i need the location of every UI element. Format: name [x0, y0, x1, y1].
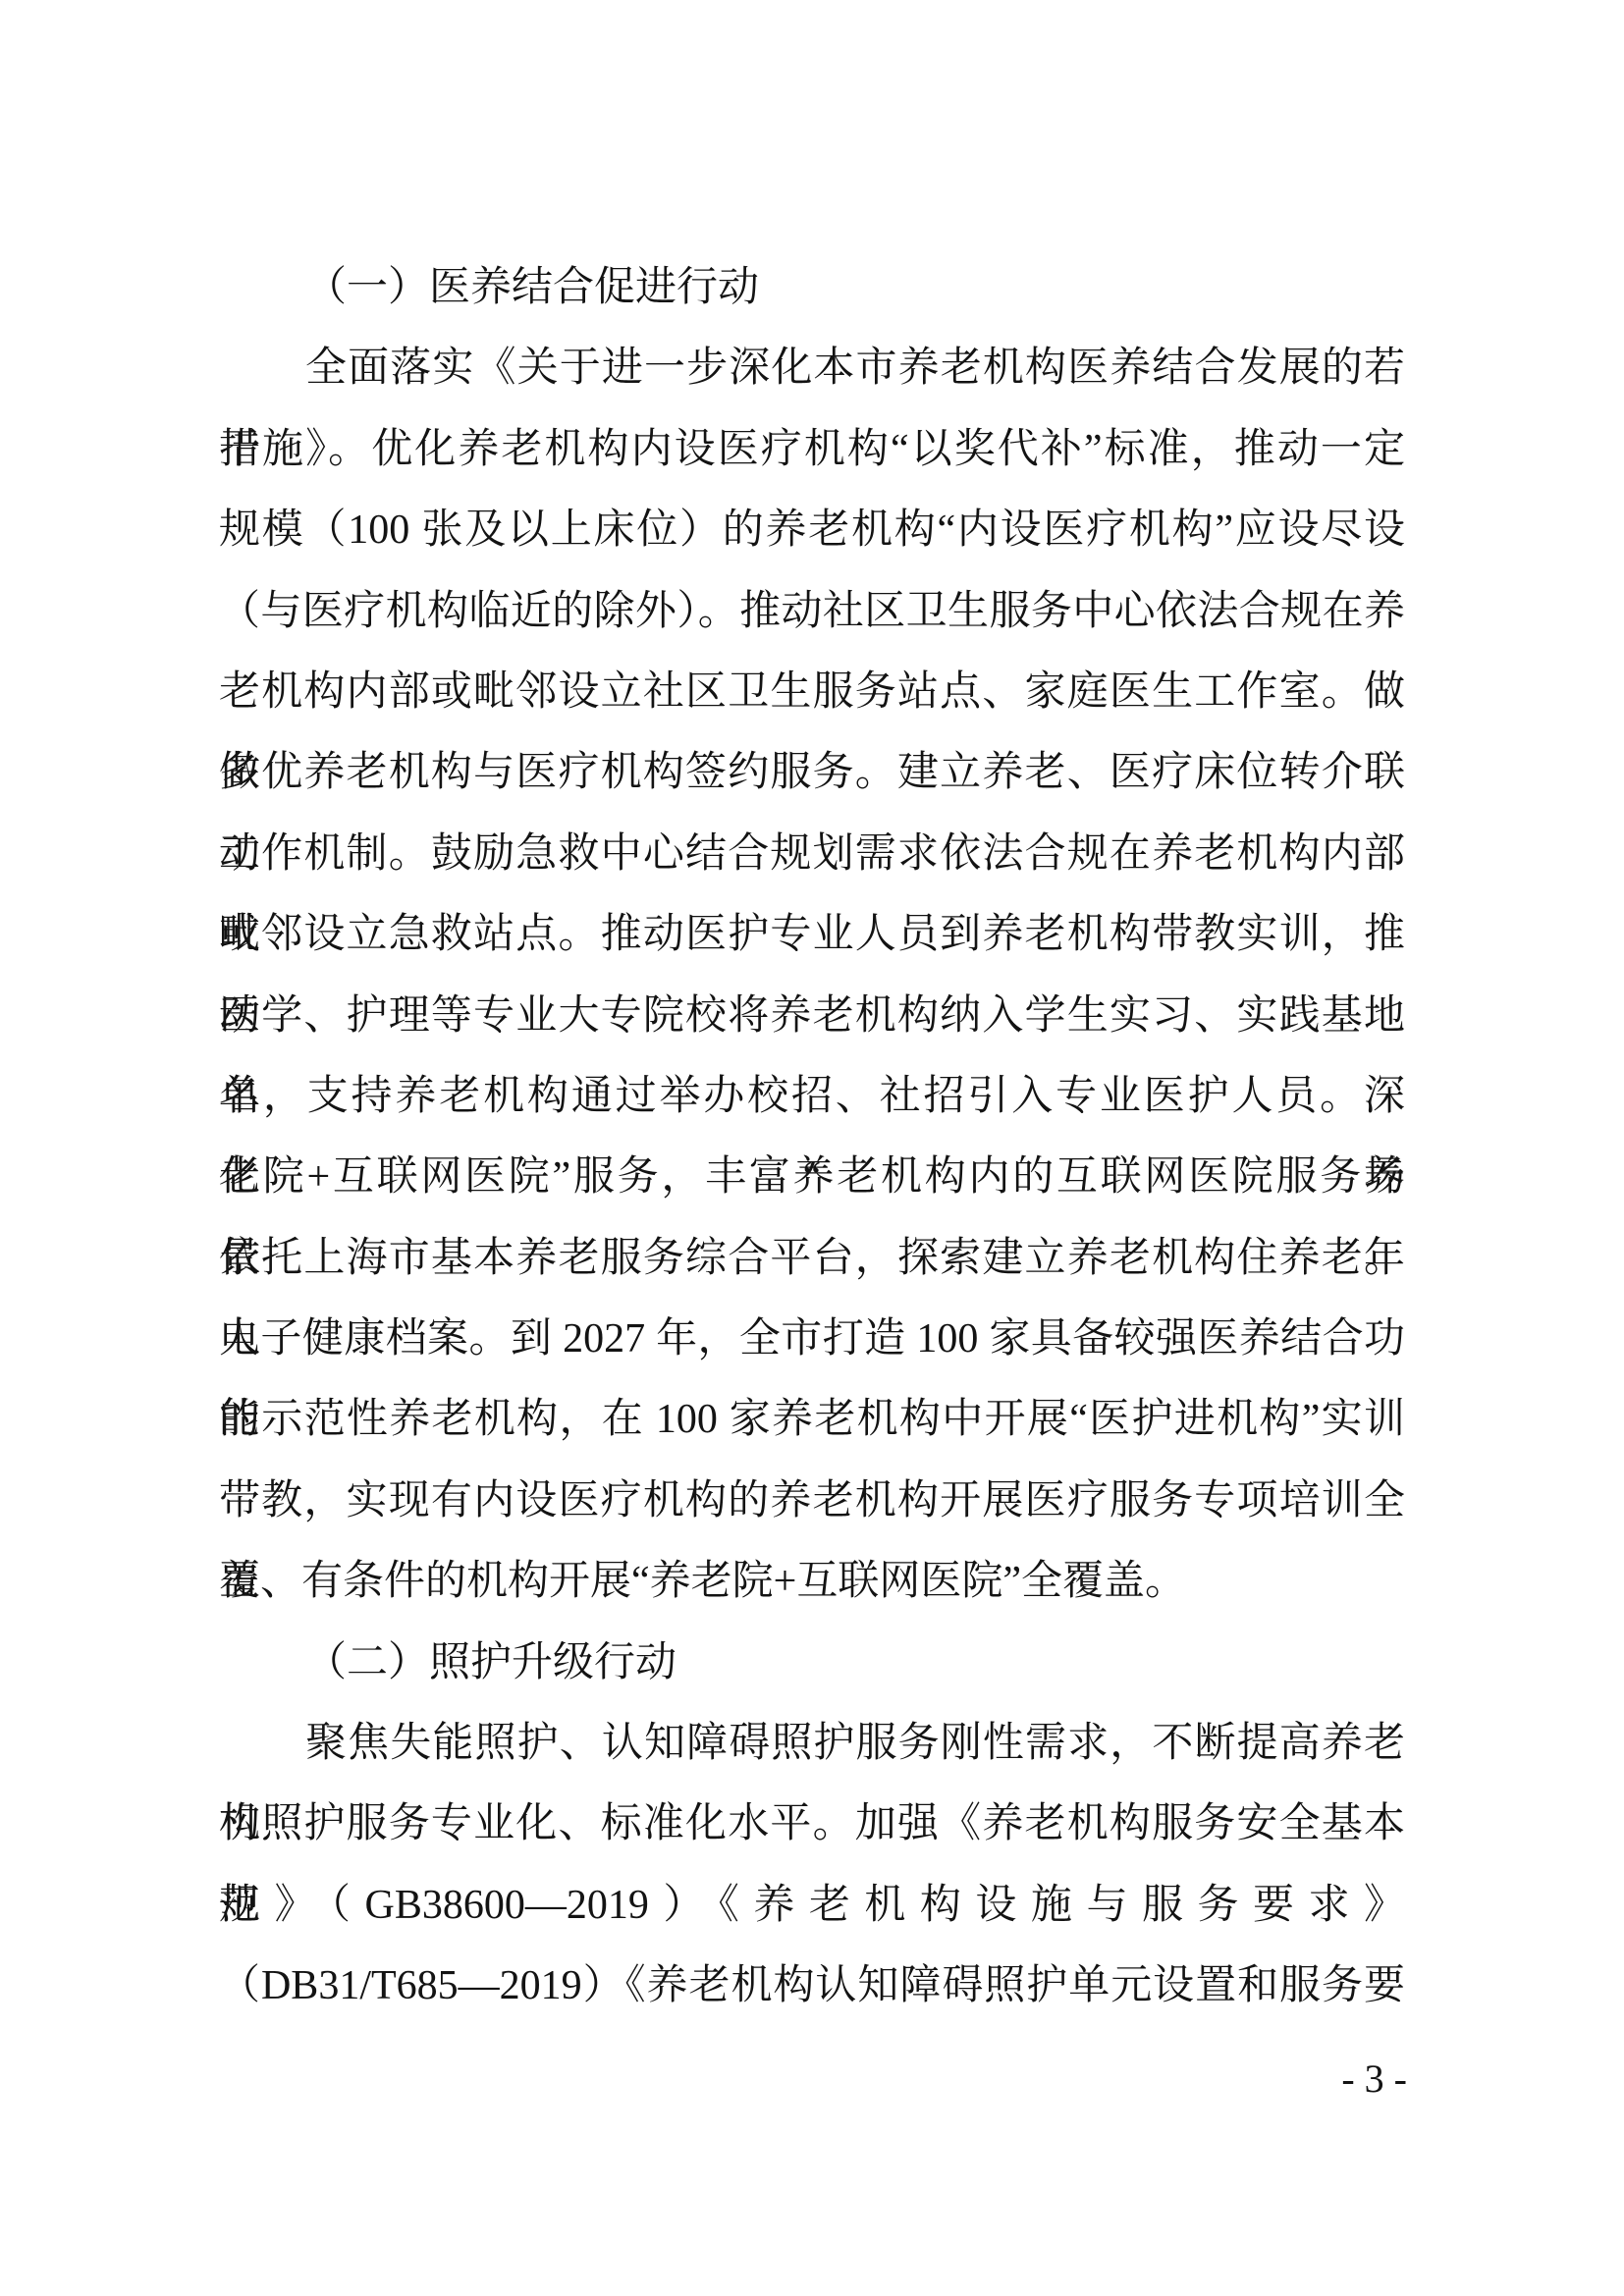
document-page: （一）医养结合促进行动 全面落实《关于进一步深化本市养老机构医养结合发展的若干 … — [0, 0, 1624, 2296]
text-line: （与医疗机构临近的除外）。推动社区卫生服务中心依法合规在养 — [219, 571, 1405, 652]
text-line: 构照护服务专业化、标准化水平。加强《养老机构服务安全基本规 — [219, 1784, 1405, 1864]
text-line: 全面落实《关于进一步深化本市养老机构医养结合发展的若干 — [219, 328, 1405, 408]
text-line: 毗邻设立急救站点。推动医护专业人员到养老机构带教实训，推动 — [219, 894, 1405, 975]
text-line: 老机构内部或毗邻设立社区卫生服务站点、家庭医生工作室。做多 — [219, 652, 1405, 732]
text-line: 单，支持养老机构通过举办校招、社招引入专业医护人员。深化“养 — [219, 1056, 1405, 1137]
text-line: 盖、有条件的机构开展“养老院+互联网医院”全覆盖。 — [219, 1541, 1405, 1622]
text-line: 范》（GB38600—2019）《养老机构设施与服务要求》 — [219, 1865, 1405, 1946]
text-line: 依托上海市基本养老服务综合平台，探索建立养老机构住养老年人 — [219, 1218, 1405, 1299]
text-line: 措施》。优化养老机构内设医疗机构“以奖代补”标准，推动一定 — [219, 409, 1405, 490]
text-line: 聚焦失能照护、认知障碍照护服务刚性需求，不断提高养老机 — [219, 1703, 1405, 1784]
document-body: （一）医养结合促进行动 全面落实《关于进一步深化本市养老机构医养结合发展的若干 … — [219, 247, 1405, 2027]
page-number: - 3 - — [219, 2054, 1407, 2105]
text-line: （DB31/T685—2019）《养老机构认知障碍照护单元设置和服务要 — [219, 1946, 1405, 2026]
text-line: 规模（100 张及以上床位）的养老机构“内设医疗机构”应设尽设 — [219, 490, 1405, 570]
text-line: 电子健康档案。到 2027 年，全市打造 100 家具备较强医养结合功能 — [219, 1299, 1405, 1379]
text-line: 工作机制。鼓励急救中心结合规划需求依法合规在养老机构内部或 — [219, 814, 1405, 894]
text-line: 带教，实现有内设医疗机构的养老机构开展医疗服务专项培训全覆 — [219, 1461, 1405, 1541]
text-line: 老院+互联网医院”服务，丰富养老机构内的互联网医院服务场景。 — [219, 1137, 1405, 1217]
text-line: 医学、护理等专业大专院校将养老机构纳入学生实习、实践基地名 — [219, 976, 1405, 1056]
text-line: 做优养老机构与医疗机构签约服务。建立养老、医疗床位转介联动 — [219, 732, 1405, 813]
text-line: 的示范性养老机构，在 100 家养老机构中开展“医护进机构”实训 — [219, 1379, 1405, 1460]
section-heading-1: （一）医养结合促进行动 — [219, 247, 1405, 328]
section-heading-2: （二）照护升级行动 — [219, 1623, 1405, 1703]
